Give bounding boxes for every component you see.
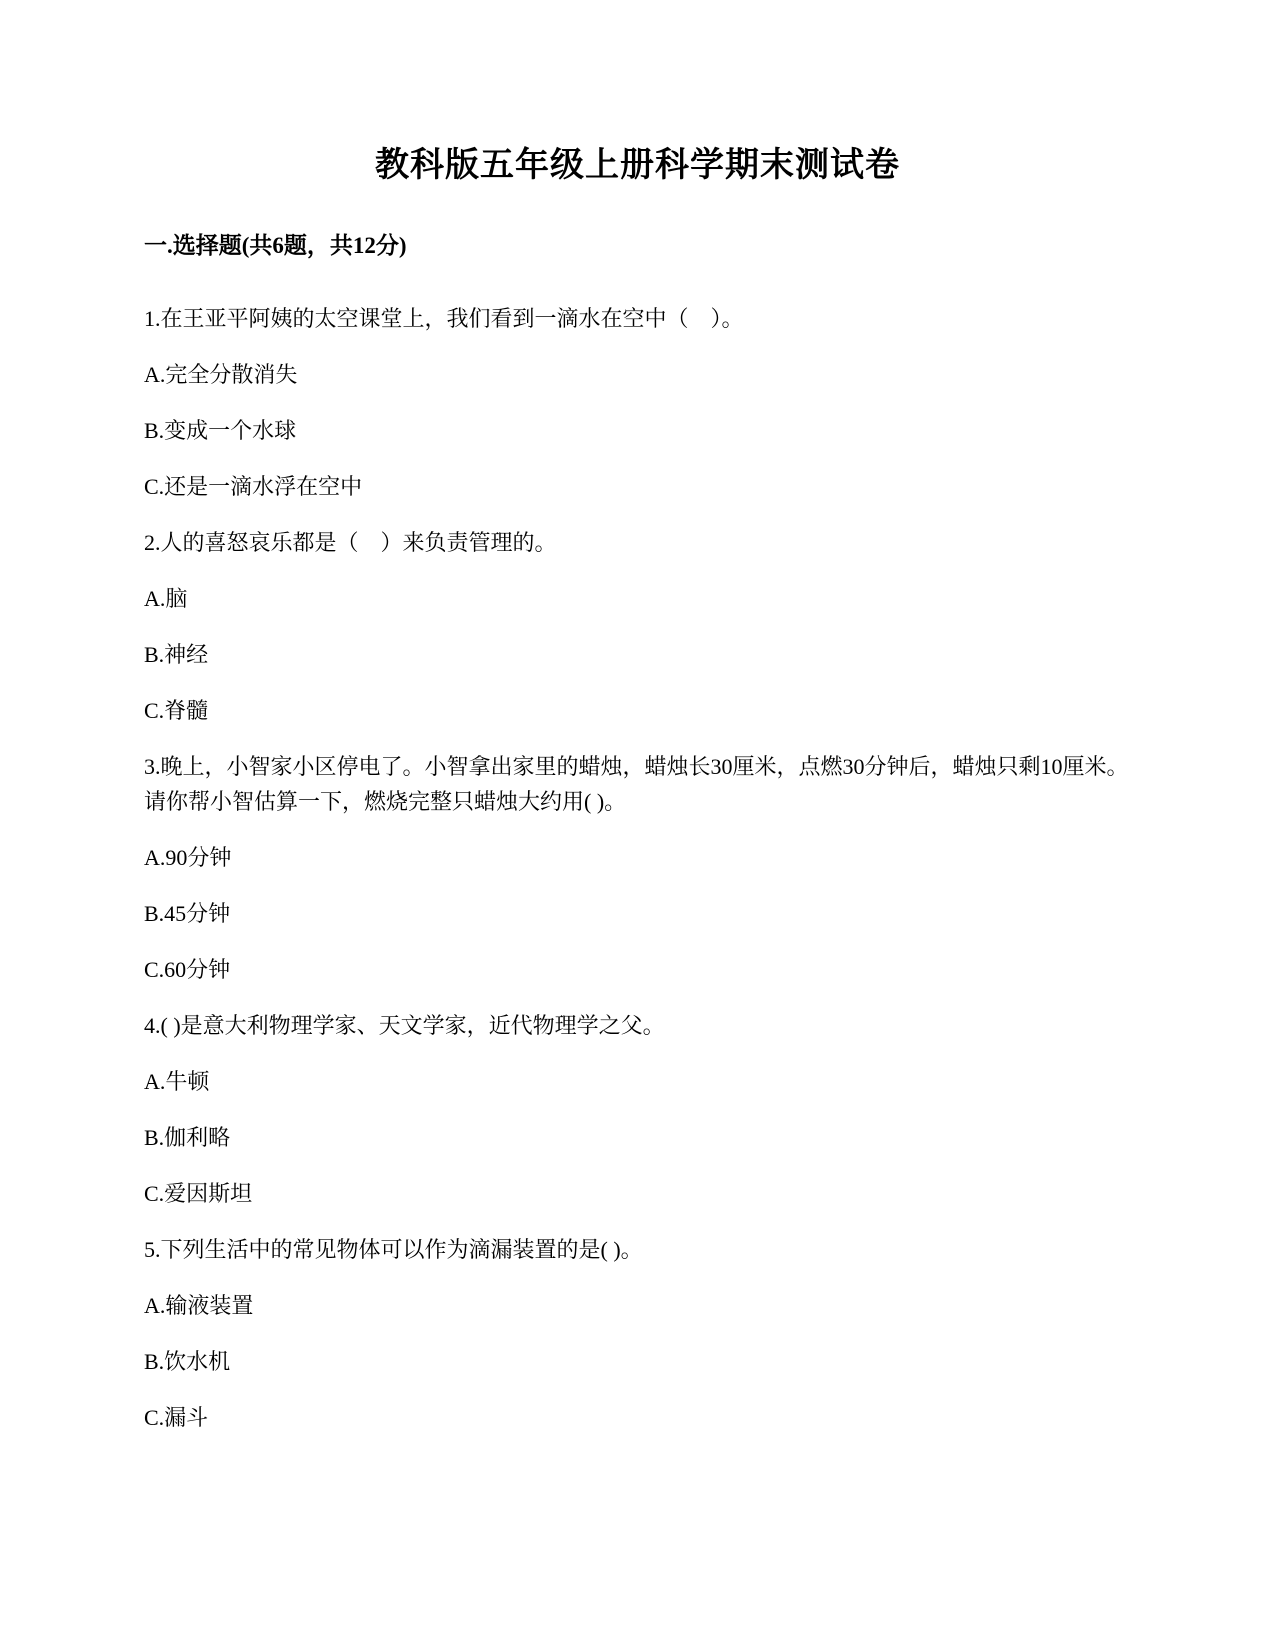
question-3: 3.晚上，小智家小区停电了。小智拿出家里的蜡烛，蜡烛长30厘米，点燃30分钟后，… <box>144 749 1131 987</box>
option-a: A.牛顿 <box>144 1064 1131 1099</box>
option-b: B.变成一个水球 <box>144 413 1131 448</box>
option-c: C.脊髓 <box>144 693 1131 728</box>
option-b: B.45分钟 <box>144 896 1131 931</box>
option-c: C.漏斗 <box>144 1400 1131 1435</box>
question-text: 1.在王亚平阿姨的太空课堂上，我们看到一滴水在空中（ ）。 <box>144 301 1131 336</box>
option-a: A.输液装置 <box>144 1288 1131 1323</box>
option-c: C.还是一滴水浮在空中 <box>144 469 1131 504</box>
question-text: 5.下列生活中的常见物体可以作为滴漏装置的是( )。 <box>144 1232 1131 1267</box>
option-b: B.伽利略 <box>144 1120 1131 1155</box>
question-5: 5.下列生活中的常见物体可以作为滴漏装置的是( )。 A.输液装置 B.饮水机 … <box>144 1232 1131 1435</box>
question-1: 1.在王亚平阿姨的太空课堂上，我们看到一滴水在空中（ ）。 A.完全分散消失 B… <box>144 301 1131 504</box>
option-a: A.脑 <box>144 581 1131 616</box>
question-4: 4.( )是意大利物理学家、天文学家，近代物理学之父。 A.牛顿 B.伽利略 C… <box>144 1008 1131 1211</box>
question-text: 3.晚上，小智家小区停电了。小智拿出家里的蜡烛，蜡烛长30厘米，点燃30分钟后，… <box>144 749 1131 819</box>
option-c: C.爱因斯坦 <box>144 1176 1131 1211</box>
document-title: 教科版五年级上册科学期末测试卷 <box>144 145 1131 187</box>
option-a: A.90分钟 <box>144 840 1131 875</box>
document-page: 教科版五年级上册科学期末测试卷 一.选择题(共6题，共12分) 1.在王亚平阿姨… <box>0 0 1275 1650</box>
question-text: 4.( )是意大利物理学家、天文学家，近代物理学之父。 <box>144 1008 1131 1043</box>
option-b: B.饮水机 <box>144 1344 1131 1379</box>
question-list: 1.在王亚平阿姨的太空课堂上，我们看到一滴水在空中（ ）。 A.完全分散消失 B… <box>144 301 1131 1435</box>
question-2: 2.人的喜怒哀乐都是（ ）来负责管理的。 A.脑 B.神经 C.脊髓 <box>144 525 1131 728</box>
option-a: A.完全分散消失 <box>144 357 1131 392</box>
section-heading: 一.选择题(共6题，共12分) <box>144 231 1131 261</box>
option-b: B.神经 <box>144 637 1131 672</box>
question-text: 2.人的喜怒哀乐都是（ ）来负责管理的。 <box>144 525 1131 560</box>
option-c: C.60分钟 <box>144 952 1131 987</box>
